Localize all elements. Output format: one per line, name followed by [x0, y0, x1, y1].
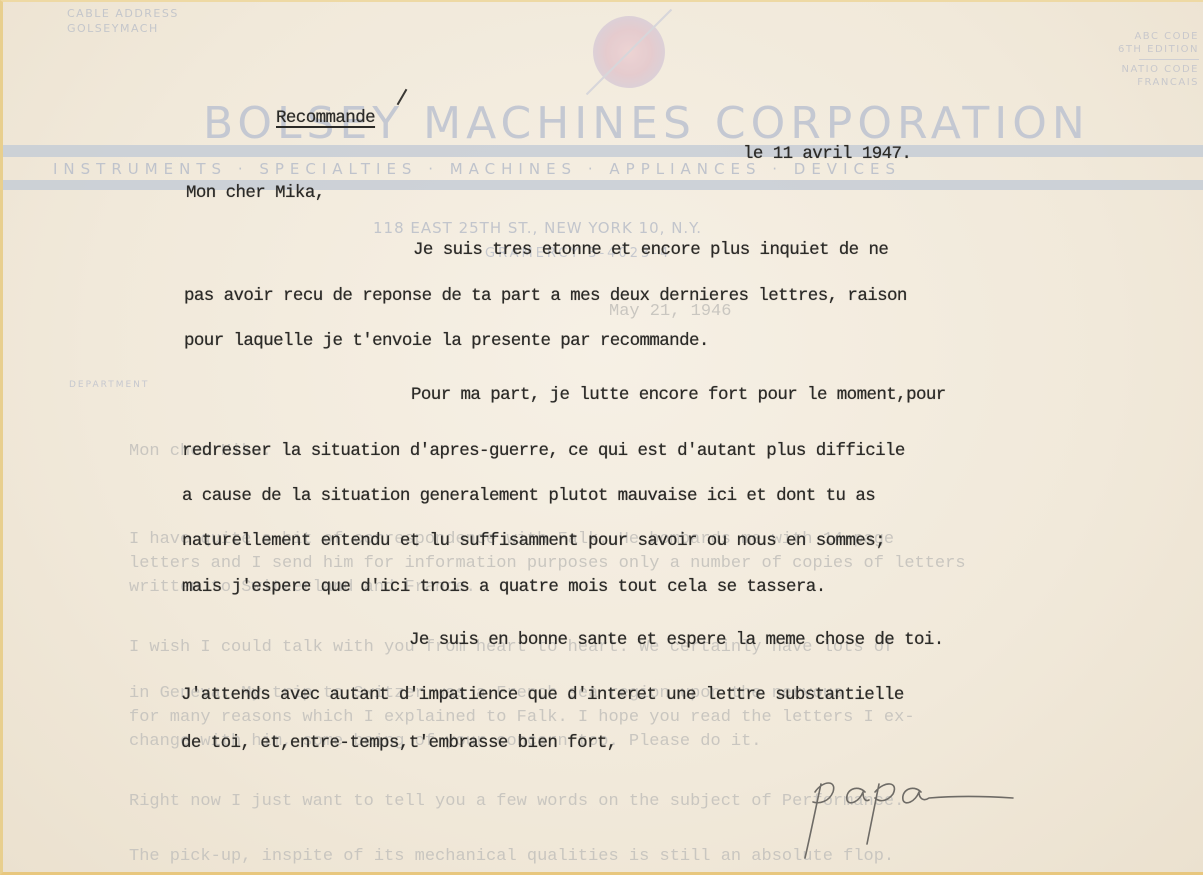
salutation: Mon cher Mika, — [186, 183, 325, 203]
letterhead-band-top — [3, 145, 1203, 157]
letterhead-band-bottom — [3, 180, 1203, 190]
letter-line: naturellement entendu et lu suffisamment… — [182, 531, 885, 551]
letter-date: le 11 avril 1947. — [743, 144, 911, 164]
letter-page: CABLE ADDRESS GOLSEYMACH ABC CODE 6TH ED… — [0, 0, 1203, 875]
ghost-line: letters and I send him for information p… — [129, 554, 966, 573]
company-address: 118 EAST 25TH ST., NEW YORK 10, N.Y. — [373, 219, 702, 237]
ghost-line: The pick-up, inspite of its mechanical q… — [129, 847, 894, 866]
letter-line: Je suis tres etonne et encore plus inqui… — [413, 240, 888, 260]
letter-line: Pour ma part, je lutte encore fort pour … — [411, 385, 946, 405]
cable-address: CABLE ADDRESS GOLSEYMACH — [67, 6, 179, 36]
cable-address-value: GOLSEYMACH — [67, 21, 179, 36]
code-line: NATIO CODE — [1118, 63, 1199, 76]
ghost-line: Right now I just want to tell you a few … — [129, 792, 904, 811]
code-line: FRANCAIS — [1118, 76, 1199, 89]
letter-line: pour laquelle je t'envoie la presente pa… — [184, 331, 709, 351]
department-label: DEPARTMENT — [69, 380, 149, 390]
letter-line: redresser la situation d'apres-guerre, c… — [182, 441, 905, 461]
letter-line: Je suis en bonne sante et espere la meme… — [409, 630, 944, 650]
registered-mail-note: Recommande — [276, 108, 375, 128]
letter-line: pas avoir recu de reponse de ta part a m… — [184, 286, 907, 306]
code-line: ABC CODE — [1118, 30, 1199, 43]
letter-line: a cause de la situation generalement plu… — [182, 486, 875, 506]
letter-line: J'attends avec autant d'impatience que d… — [181, 685, 904, 705]
divider — [1139, 59, 1199, 60]
company-seal-icon — [593, 16, 665, 88]
code-line: 6TH EDITION — [1118, 43, 1199, 56]
letter-line: de toi, et,entre-temps,t'embrasse bien f… — [181, 733, 617, 753]
signature-papa — [793, 762, 1033, 872]
telegraph-codes: ABC CODE 6TH EDITION NATIO CODE FRANCAIS — [1118, 30, 1199, 89]
cable-address-label: CABLE ADDRESS — [67, 6, 179, 21]
letter-line: mais j'espere que d'ici trois a quatre m… — [182, 577, 826, 597]
ghost-line: for many reasons which I explained to Fa… — [129, 708, 915, 727]
